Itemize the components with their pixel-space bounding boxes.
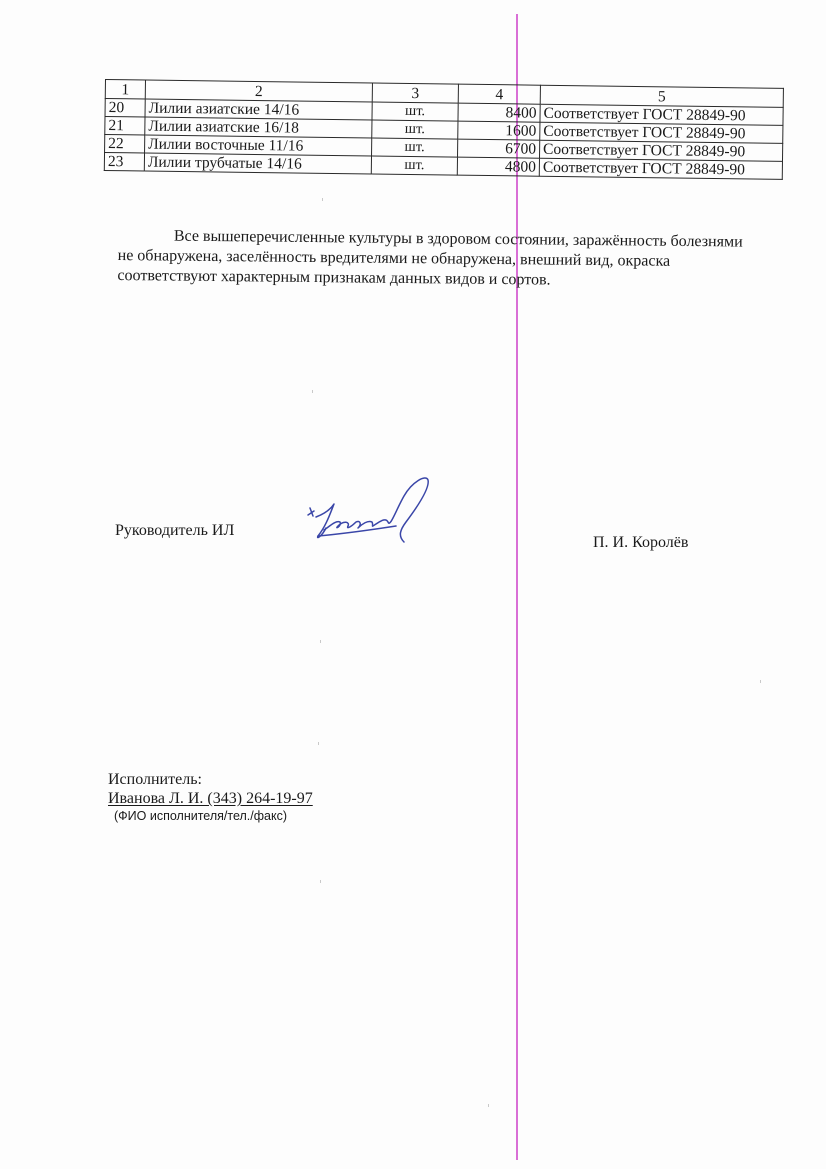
conclusion-paragraph: Все вышеперечисленные культуры в здорово… xyxy=(117,226,798,293)
table-header-cell: 4 xyxy=(458,84,540,104)
document-page: 1 2 3 4 5 20 Лилии азиатские 14/16 шт. 8… xyxy=(0,0,826,1169)
row-quantity: 4800 xyxy=(457,157,539,176)
scan-speck xyxy=(320,880,321,883)
row-quantity: 8400 xyxy=(458,103,540,122)
executor-label: Исполнитель: xyxy=(108,770,313,789)
row-unit: шт. xyxy=(372,138,458,157)
row-unit: шт. xyxy=(372,102,458,121)
results-table: 1 2 3 4 5 20 Лилии азиатские 14/16 шт. 8… xyxy=(104,79,784,180)
scan-speck xyxy=(320,640,321,643)
row-name: Лилии азиатские 14/16 xyxy=(145,99,372,120)
scan-speck xyxy=(322,198,323,201)
executor-caption: (ФИО исполнителя/тел./факс) xyxy=(108,808,313,825)
scan-speck xyxy=(312,390,313,393)
scan-speck xyxy=(760,680,761,683)
row-compliance: Соответствует ГОСТ 28849-90 xyxy=(539,158,782,179)
table-header-cell: 1 xyxy=(105,80,145,100)
scan-speck xyxy=(318,742,319,745)
row-name: Лилии восточные 11/16 xyxy=(145,135,372,156)
row-number: 23 xyxy=(104,153,144,172)
row-unit: шт. xyxy=(371,156,457,175)
table-header-cell: 3 xyxy=(372,83,458,103)
row-number: 21 xyxy=(105,117,145,136)
handwritten-signature-icon xyxy=(300,470,450,555)
row-name: Лилии азиатские 16/18 xyxy=(145,117,372,138)
signatory-title: Руководитель ИЛ xyxy=(115,522,234,540)
results-table-wrapper: 1 2 3 4 5 20 Лилии азиатские 14/16 шт. 8… xyxy=(104,79,783,180)
row-quantity: 1600 xyxy=(458,121,540,140)
row-unit: шт. xyxy=(372,120,458,139)
row-number: 20 xyxy=(105,99,145,118)
scan-speck xyxy=(488,1104,489,1107)
row-quantity: 6700 xyxy=(458,139,540,158)
margin-line xyxy=(516,14,518,1160)
signatory-name: П. И. Королёв xyxy=(593,534,688,552)
executor-contact: Иванова Л. И. (343) 264-19-97 xyxy=(108,789,313,808)
executor-block: Исполнитель: Иванова Л. И. (343) 264-19-… xyxy=(108,770,313,825)
row-number: 22 xyxy=(105,135,145,154)
row-name: Лилии трубчатые 14/16 xyxy=(144,153,371,174)
